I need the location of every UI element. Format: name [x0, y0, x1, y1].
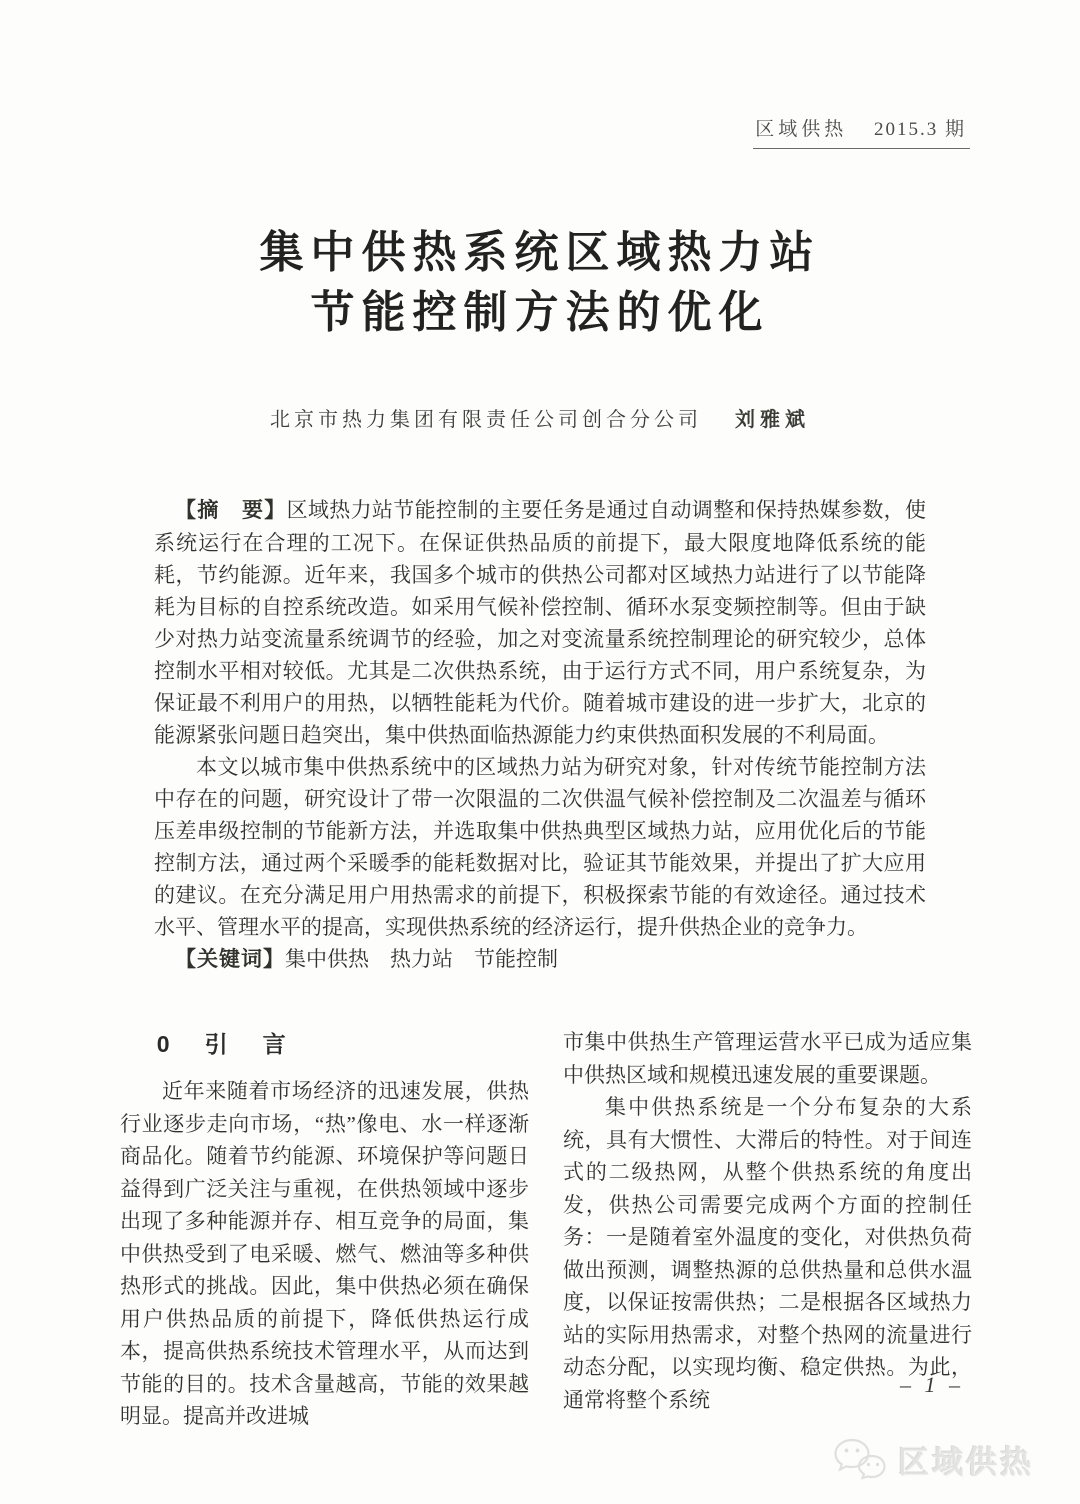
author-line: 北京市热力集团有限责任公司创合分公司 刘雅斌	[0, 403, 1080, 432]
article-title-line2: 节能控制方法的优化	[0, 283, 1080, 343]
author-affiliation: 北京市热力集团有限责任公司创合分公司	[270, 409, 702, 431]
chat-bubbles-icon	[831, 1436, 889, 1482]
abstract-paragraph-2: 本文以城市集中供热系统中的区域热力站为研究对象，针对传统节能控制方法中存在的问题…	[154, 751, 926, 943]
author-name: 刘雅斌	[735, 409, 810, 431]
keywords-label: 【关键词】	[175, 948, 285, 971]
left-column: 0 引 言 近年来随着市场经济的迅速发展，供热行业逐步走向市场，“热”像电、水一…	[120, 1026, 529, 1433]
article-title-line1: 集中供热系统区域热力站	[0, 223, 1080, 283]
journal-name: 区域供热	[755, 119, 847, 140]
two-column-body: 0 引 言 近年来随着市场经济的迅速发展，供热行业逐步走向市场，“热”像电、水一…	[120, 1026, 972, 1433]
abstract-block: 【摘 要】区域热力站节能控制的主要任务是通过自动调整和保持热媒参数，使系统运行在…	[154, 494, 926, 976]
page-header: 区域供热 2015.3 期	[0, 0, 1080, 149]
issue-label: 2015.3 期	[874, 119, 966, 140]
journal-watermark: 区域供热	[831, 1436, 1034, 1482]
intro-paragraph-2: 集中供热系统是一个分布复杂的大系统，具有大惯性、大滞后的特性。对于间连式的二级热…	[563, 1091, 972, 1416]
article-title: 集中供热系统区域热力站 节能控制方法的优化	[0, 223, 1080, 343]
journal-issue-header: 区域供热 2015.3 期	[753, 114, 970, 149]
abstract-paragraph-1-text: 区域热力站节能控制的主要任务是通过自动调整和保持热媒参数，使系统运行在合理的工况…	[154, 498, 926, 747]
watermark-text: 区域供热	[898, 1437, 1034, 1482]
page-number: – 1 –	[900, 1372, 964, 1398]
keywords-line: 【关键词】集中供热 热力站 节能控制	[154, 943, 926, 976]
abstract-label: 【摘 要】	[175, 499, 287, 522]
keywords-items: 集中供热 热力站 节能控制	[285, 947, 558, 971]
section-heading-introduction: 0 引 言	[120, 1026, 529, 1059]
intro-paragraph-1: 近年来随着市场经济的迅速发展，供热行业逐步走向市场，“热”像电、水一样逐渐商品化…	[120, 1075, 529, 1433]
abstract-paragraph-1: 【摘 要】区域热力站节能控制的主要任务是通过自动调整和保持热媒参数，使系统运行在…	[154, 494, 926, 751]
intro-paragraph-1-continued: 市集中供热生产管理运营水平已成为适应集中供热区域和规模迅速发展的重要课题。	[563, 1026, 972, 1091]
journal-page: 区域供热 2015.3 期 集中供热系统区域热力站 节能控制方法的优化 北京市热…	[0, 0, 1080, 1504]
